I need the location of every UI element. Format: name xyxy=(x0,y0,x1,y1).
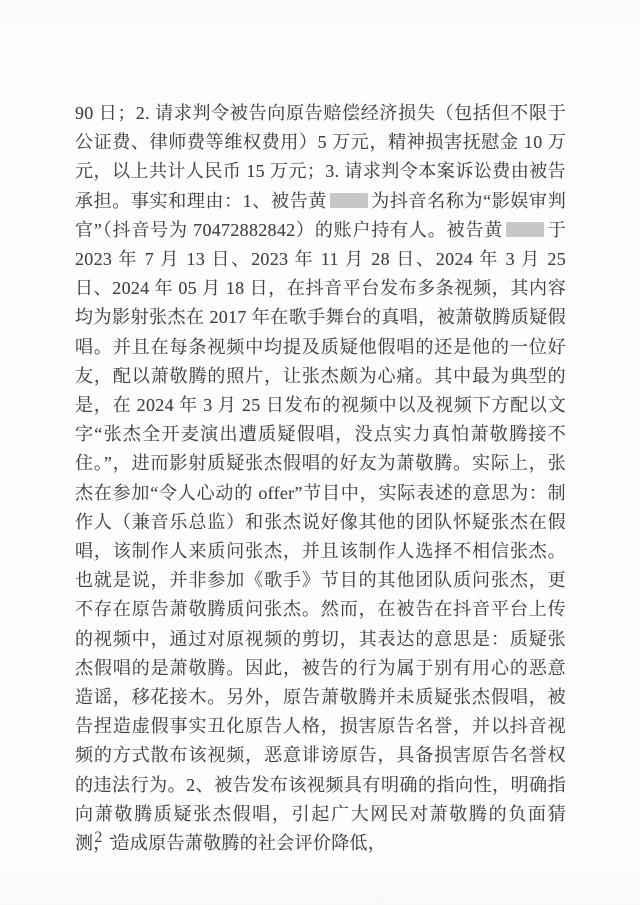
page-number: - 2 - xyxy=(82,829,116,847)
document-body-text: 90 日；2. 请求判令被告向原告赔偿经济损失（包括但不限于公证费、律师费等维权… xyxy=(75,99,566,858)
scanned-legal-document: { "colors": { "paper": "#fdfdfc", "text"… xyxy=(0,0,640,905)
defendant-name-redaction xyxy=(330,193,368,208)
text-run: 于 2023 年 7 月 13 日、2023 年 11 月 28 日、2024 … xyxy=(75,220,566,853)
defendant-name-redaction xyxy=(506,222,544,237)
document-page: 90 日；2. 请求判令被告向原告赔偿经济损失（包括但不限于公证费、律师费等维权… xyxy=(0,0,640,905)
